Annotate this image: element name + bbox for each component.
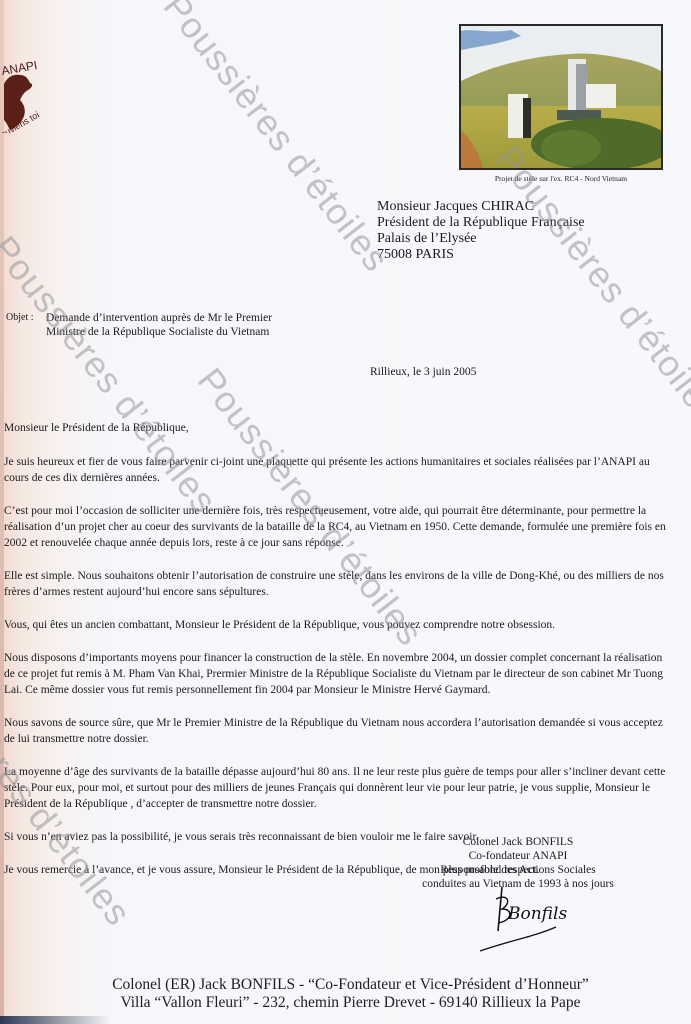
signatory-name: Colonel Jack BONFILS	[398, 835, 638, 849]
body-paragraph: Nous disposons d’importants moyens pour …	[4, 650, 670, 698]
footer-line: Colonel (ER) Jack BONFILS - “Co-Fondateu…	[0, 976, 691, 994]
body-paragraph: Je suis heureux et fier de vous faire pa…	[4, 454, 670, 486]
handwritten-signature: Bonfils	[478, 883, 578, 953]
letter-body: Monsieur le Président de la République, …	[4, 420, 670, 895]
recipient-address: Monsieur Jacques CHIRAC Président de la …	[377, 199, 585, 263]
recipient-line: Président de la République Française	[377, 215, 585, 231]
signatory-title: Responsable des Actions Sociales	[398, 863, 638, 877]
scan-shadow	[0, 1016, 110, 1024]
body-paragraph: Elle est simple. Nous souhaitons obtenir…	[4, 568, 670, 600]
subject-label: Objet :	[5, 311, 46, 339]
signatory-title: Co-fondateur ANAPI	[398, 849, 638, 863]
letter-page: ANAPI Souviens toi	[0, 0, 691, 1024]
body-paragraph: Nous savons de source sûre, que Mr le Pr…	[4, 715, 670, 747]
salutation: Monsieur le Président de la République,	[4, 420, 670, 436]
letter-date: Rillieux, le 3 juin 2005	[370, 366, 476, 378]
body-paragraph: La moyenne d’âge des survivants de la ba…	[4, 764, 670, 812]
recipient-line: 75008 PARIS	[377, 247, 585, 263]
subject-block: Objet : Demande d’intervention auprès de…	[5, 311, 272, 339]
recipient-line: Palais de l’Elysée	[377, 231, 585, 247]
recipient-line: Monsieur Jacques CHIRAC	[377, 199, 585, 215]
body-paragraph: Vous, qui êtes un ancien combattant, Mon…	[4, 617, 670, 633]
letterhead-footer: Colonel (ER) Jack BONFILS - “Co-Fondateu…	[0, 976, 691, 1012]
stele-project-image	[459, 24, 663, 170]
svg-text:Bonfils: Bonfils	[507, 904, 567, 924]
body-paragraph: C’est pour moi l’occasion de solliciter …	[4, 503, 670, 551]
subject-line: Demande d’intervention auprès de Mr le P…	[46, 311, 272, 325]
footer-line: Villa “Vallon Fleuri” - 232, chemin Pier…	[0, 994, 691, 1012]
image-caption: Projet de stèle sur l'ex. RC4 - Nord Vie…	[459, 174, 663, 183]
subject-line: Ministre de la République Socialiste du …	[46, 325, 272, 339]
watermark: Poussières d’étoiles	[155, 0, 398, 280]
anapi-logo: ANAPI Souviens toi	[0, 28, 60, 133]
svg-text:ANAPI: ANAPI	[0, 58, 38, 78]
